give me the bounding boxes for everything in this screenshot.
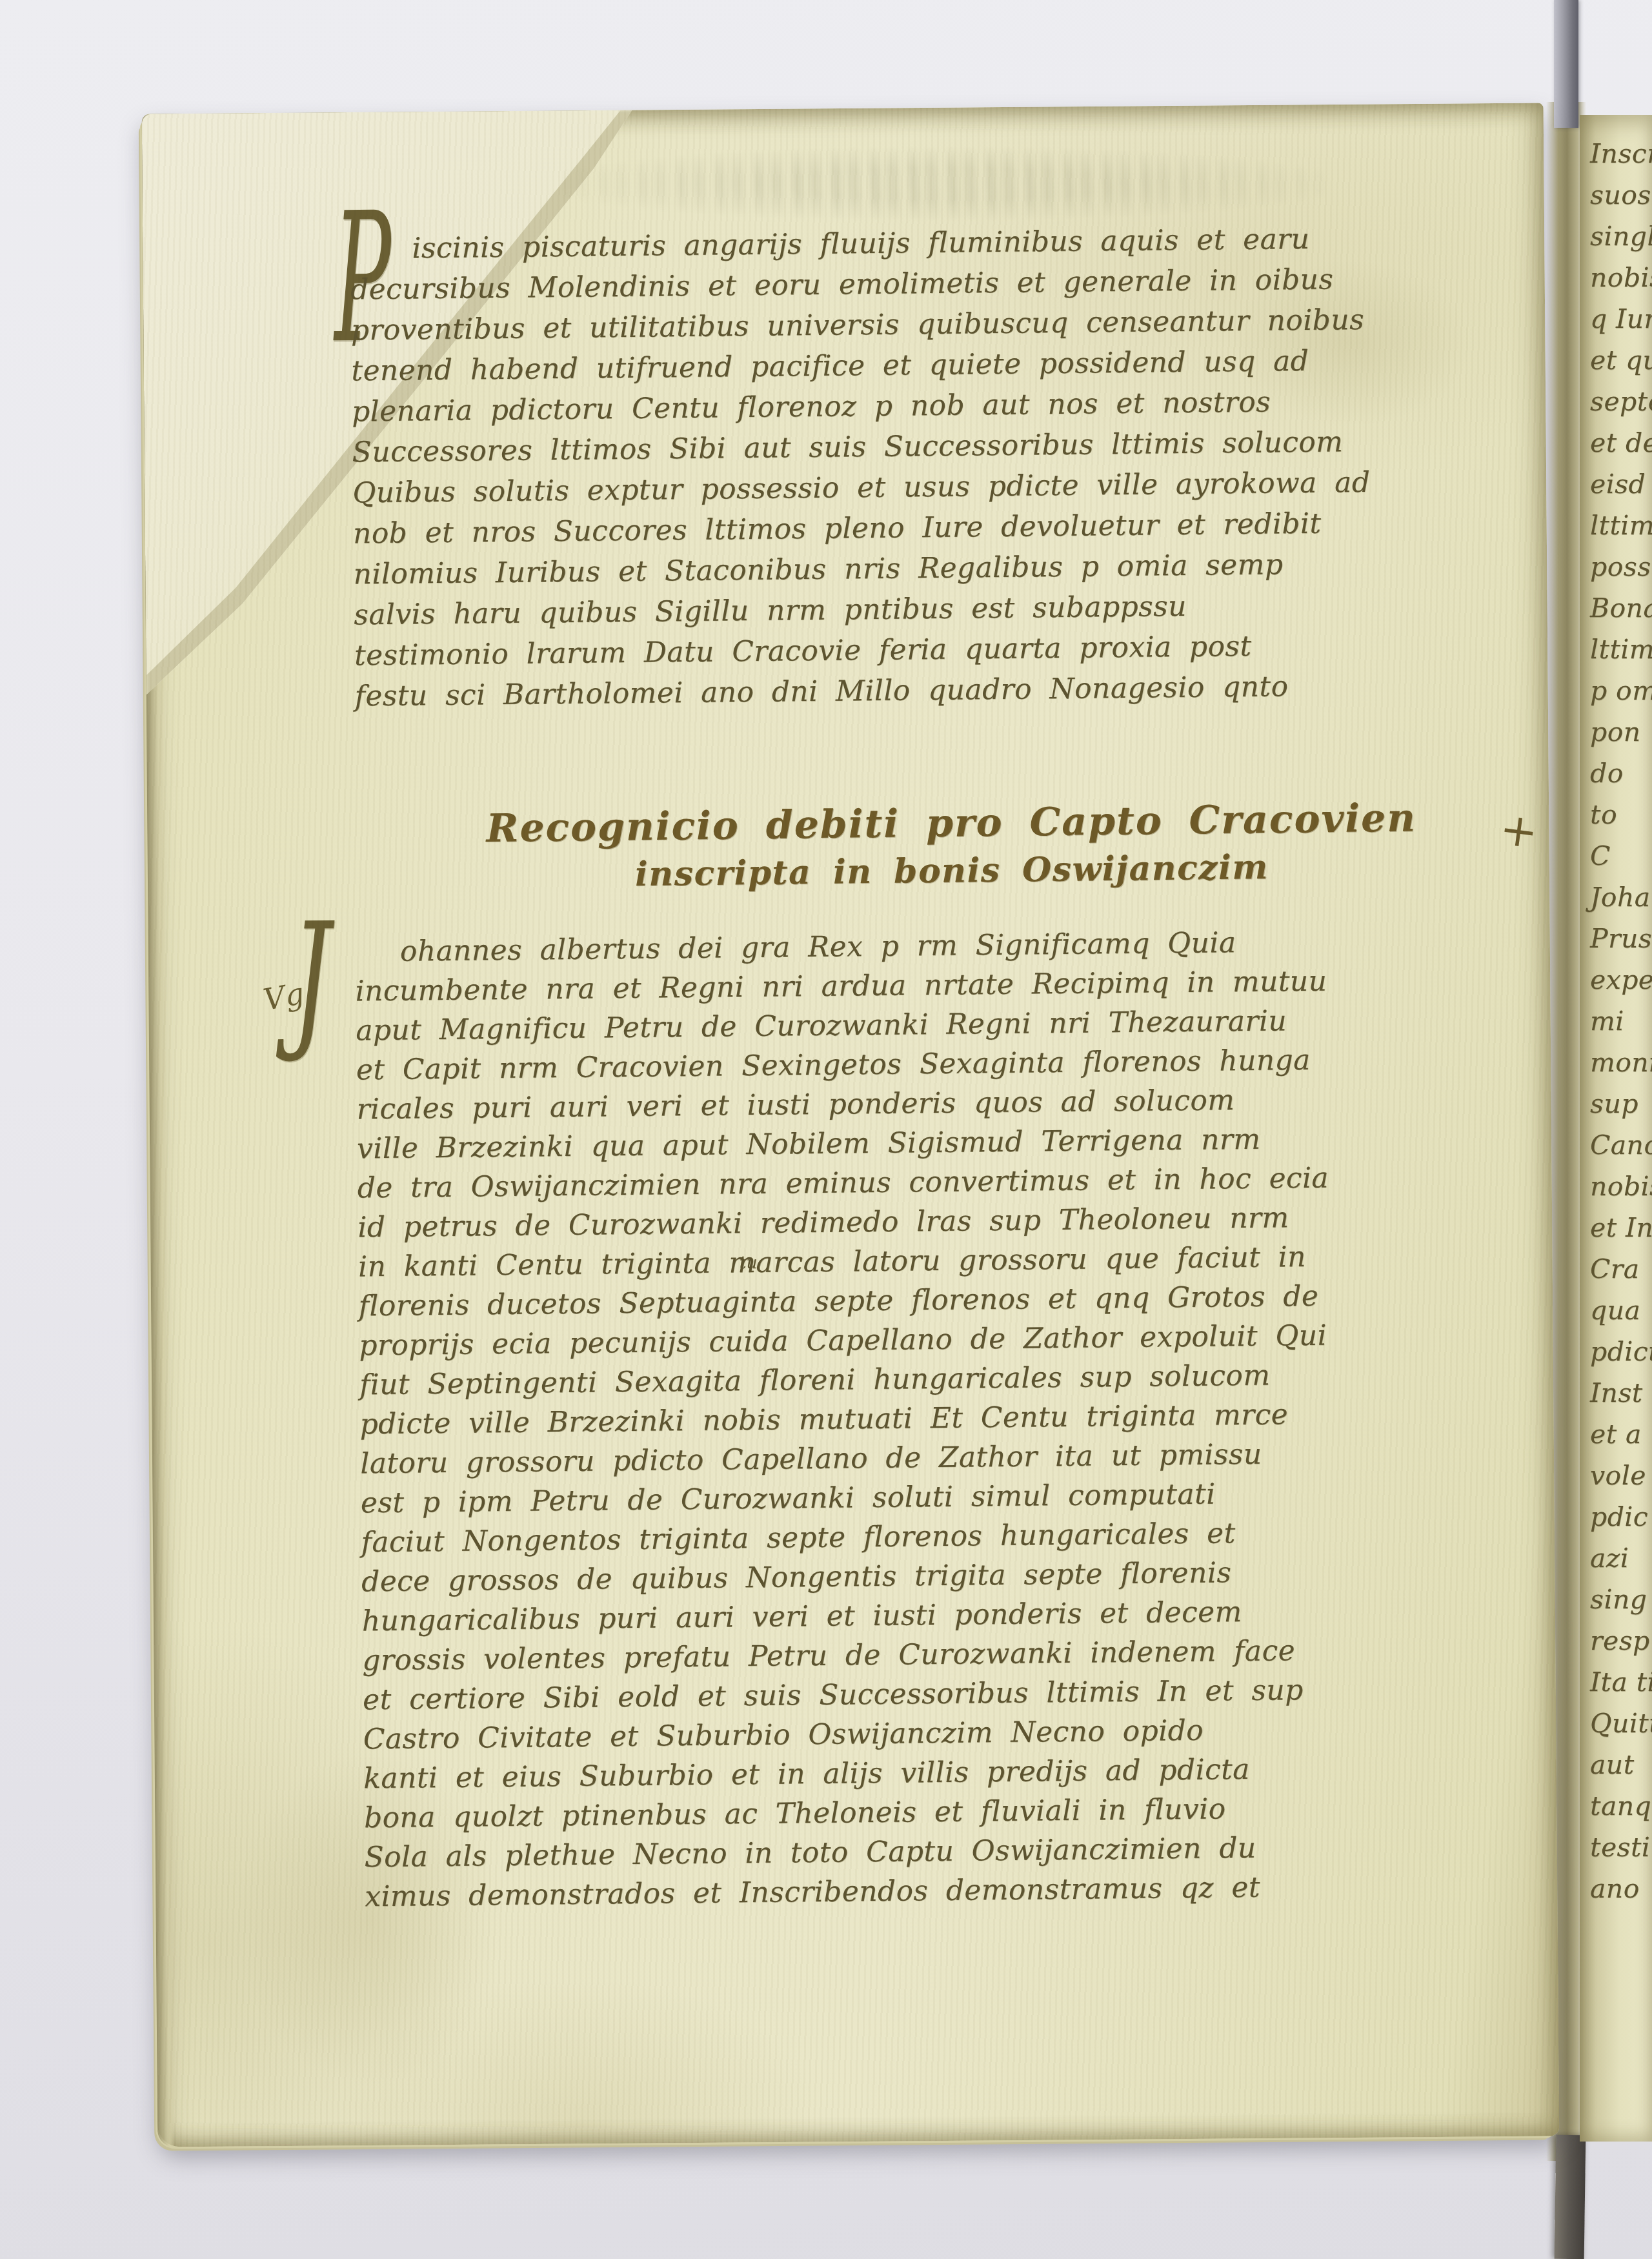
- fragment-line: eisd l: [1590, 463, 1652, 505]
- fragment-line: Inst: [1590, 1372, 1652, 1413]
- fragment-line: pdict: [1590, 1331, 1652, 1372]
- metal-clasp-bottom: [1555, 2135, 1586, 2259]
- fragment-line: azi: [1590, 1537, 1652, 1579]
- fragment-line: lttim: [1590, 505, 1652, 546]
- fragment-line: nobis: [1590, 1166, 1652, 1207]
- entry-heading: Recognicio debiti pro Capto Cracovien in…: [355, 790, 1549, 899]
- fragment-line: et a: [1590, 1413, 1652, 1455]
- fragment-line: Johan: [1590, 876, 1652, 918]
- fragment-line: ano: [1590, 1868, 1652, 1909]
- fragment-line: testi: [1590, 1827, 1652, 1868]
- initial-letter-j: J: [291, 904, 331, 1054]
- fragment-line: Bona: [1590, 587, 1652, 629]
- manuscript-page: P iscinis piscaturis angarijs fluuijs fl…: [142, 103, 1560, 2147]
- fragment-line: p om: [1590, 670, 1652, 711]
- fragment-line: exped: [1590, 959, 1652, 1000]
- fragment-line: sup: [1590, 1083, 1652, 1124]
- fragment-line: mi: [1590, 1000, 1652, 1042]
- entry2-text: ohannes albertus dei gra Rex p rm Signif…: [355, 920, 1558, 1916]
- fragment-line: pon: [1590, 711, 1652, 753]
- fragment-line: C: [1590, 835, 1652, 876]
- metal-clasp-top: [1554, 0, 1578, 128]
- fragment-line: nobis: [1590, 257, 1652, 298]
- next-page-sliver: Inscribsuos osinglisnobisq Iuret qusepte…: [1580, 115, 1652, 2142]
- fragment-line: vole: [1590, 1455, 1652, 1496]
- entry1-text: iscinis piscaturis angarijs fluuijs flum…: [350, 216, 1547, 716]
- fragment-line: et de: [1590, 422, 1652, 463]
- fragment-line: sing: [1590, 1579, 1652, 1620]
- next-page-text-fragments: Inscribsuos osinglisnobisq Iuret qusepte…: [1590, 133, 1652, 1909]
- fragment-line: do: [1590, 753, 1652, 794]
- fragment-line: Prust: [1590, 918, 1652, 959]
- fragment-line: q Iur: [1590, 298, 1652, 339]
- fragment-line: tanq: [1590, 1785, 1652, 1827]
- fragment-line: et In: [1590, 1207, 1652, 1248]
- manuscript-scan: { "page": { "kind": "medieval manuscript…: [0, 0, 1652, 2259]
- fragment-line: moni: [1590, 1042, 1652, 1083]
- fragment-line: resp: [1590, 1620, 1652, 1661]
- bleedthrough-smudge: [561, 145, 1329, 223]
- margin-cross-mark: +: [1496, 802, 1541, 859]
- fragment-line: suos o: [1590, 174, 1652, 216]
- fragment-line: Cra: [1590, 1248, 1652, 1290]
- fragment-line: singlis: [1590, 216, 1652, 257]
- fragment-line: aut: [1590, 1744, 1652, 1785]
- fragment-line: et qu: [1590, 339, 1652, 381]
- fragment-line: Ita ti: [1590, 1661, 1652, 1703]
- fragment-line: qua: [1590, 1290, 1652, 1331]
- fragment-line: posse: [1590, 546, 1652, 587]
- fragment-line: septe: [1590, 381, 1652, 422]
- fragment-line: Cano: [1590, 1124, 1652, 1166]
- fragment-line: to: [1590, 794, 1652, 835]
- fragment-line: Inscrib: [1590, 133, 1652, 174]
- fragment-line: pdic: [1590, 1496, 1652, 1537]
- fragment-line: Quitt: [1590, 1703, 1652, 1744]
- fragment-line: lttim: [1590, 629, 1652, 670]
